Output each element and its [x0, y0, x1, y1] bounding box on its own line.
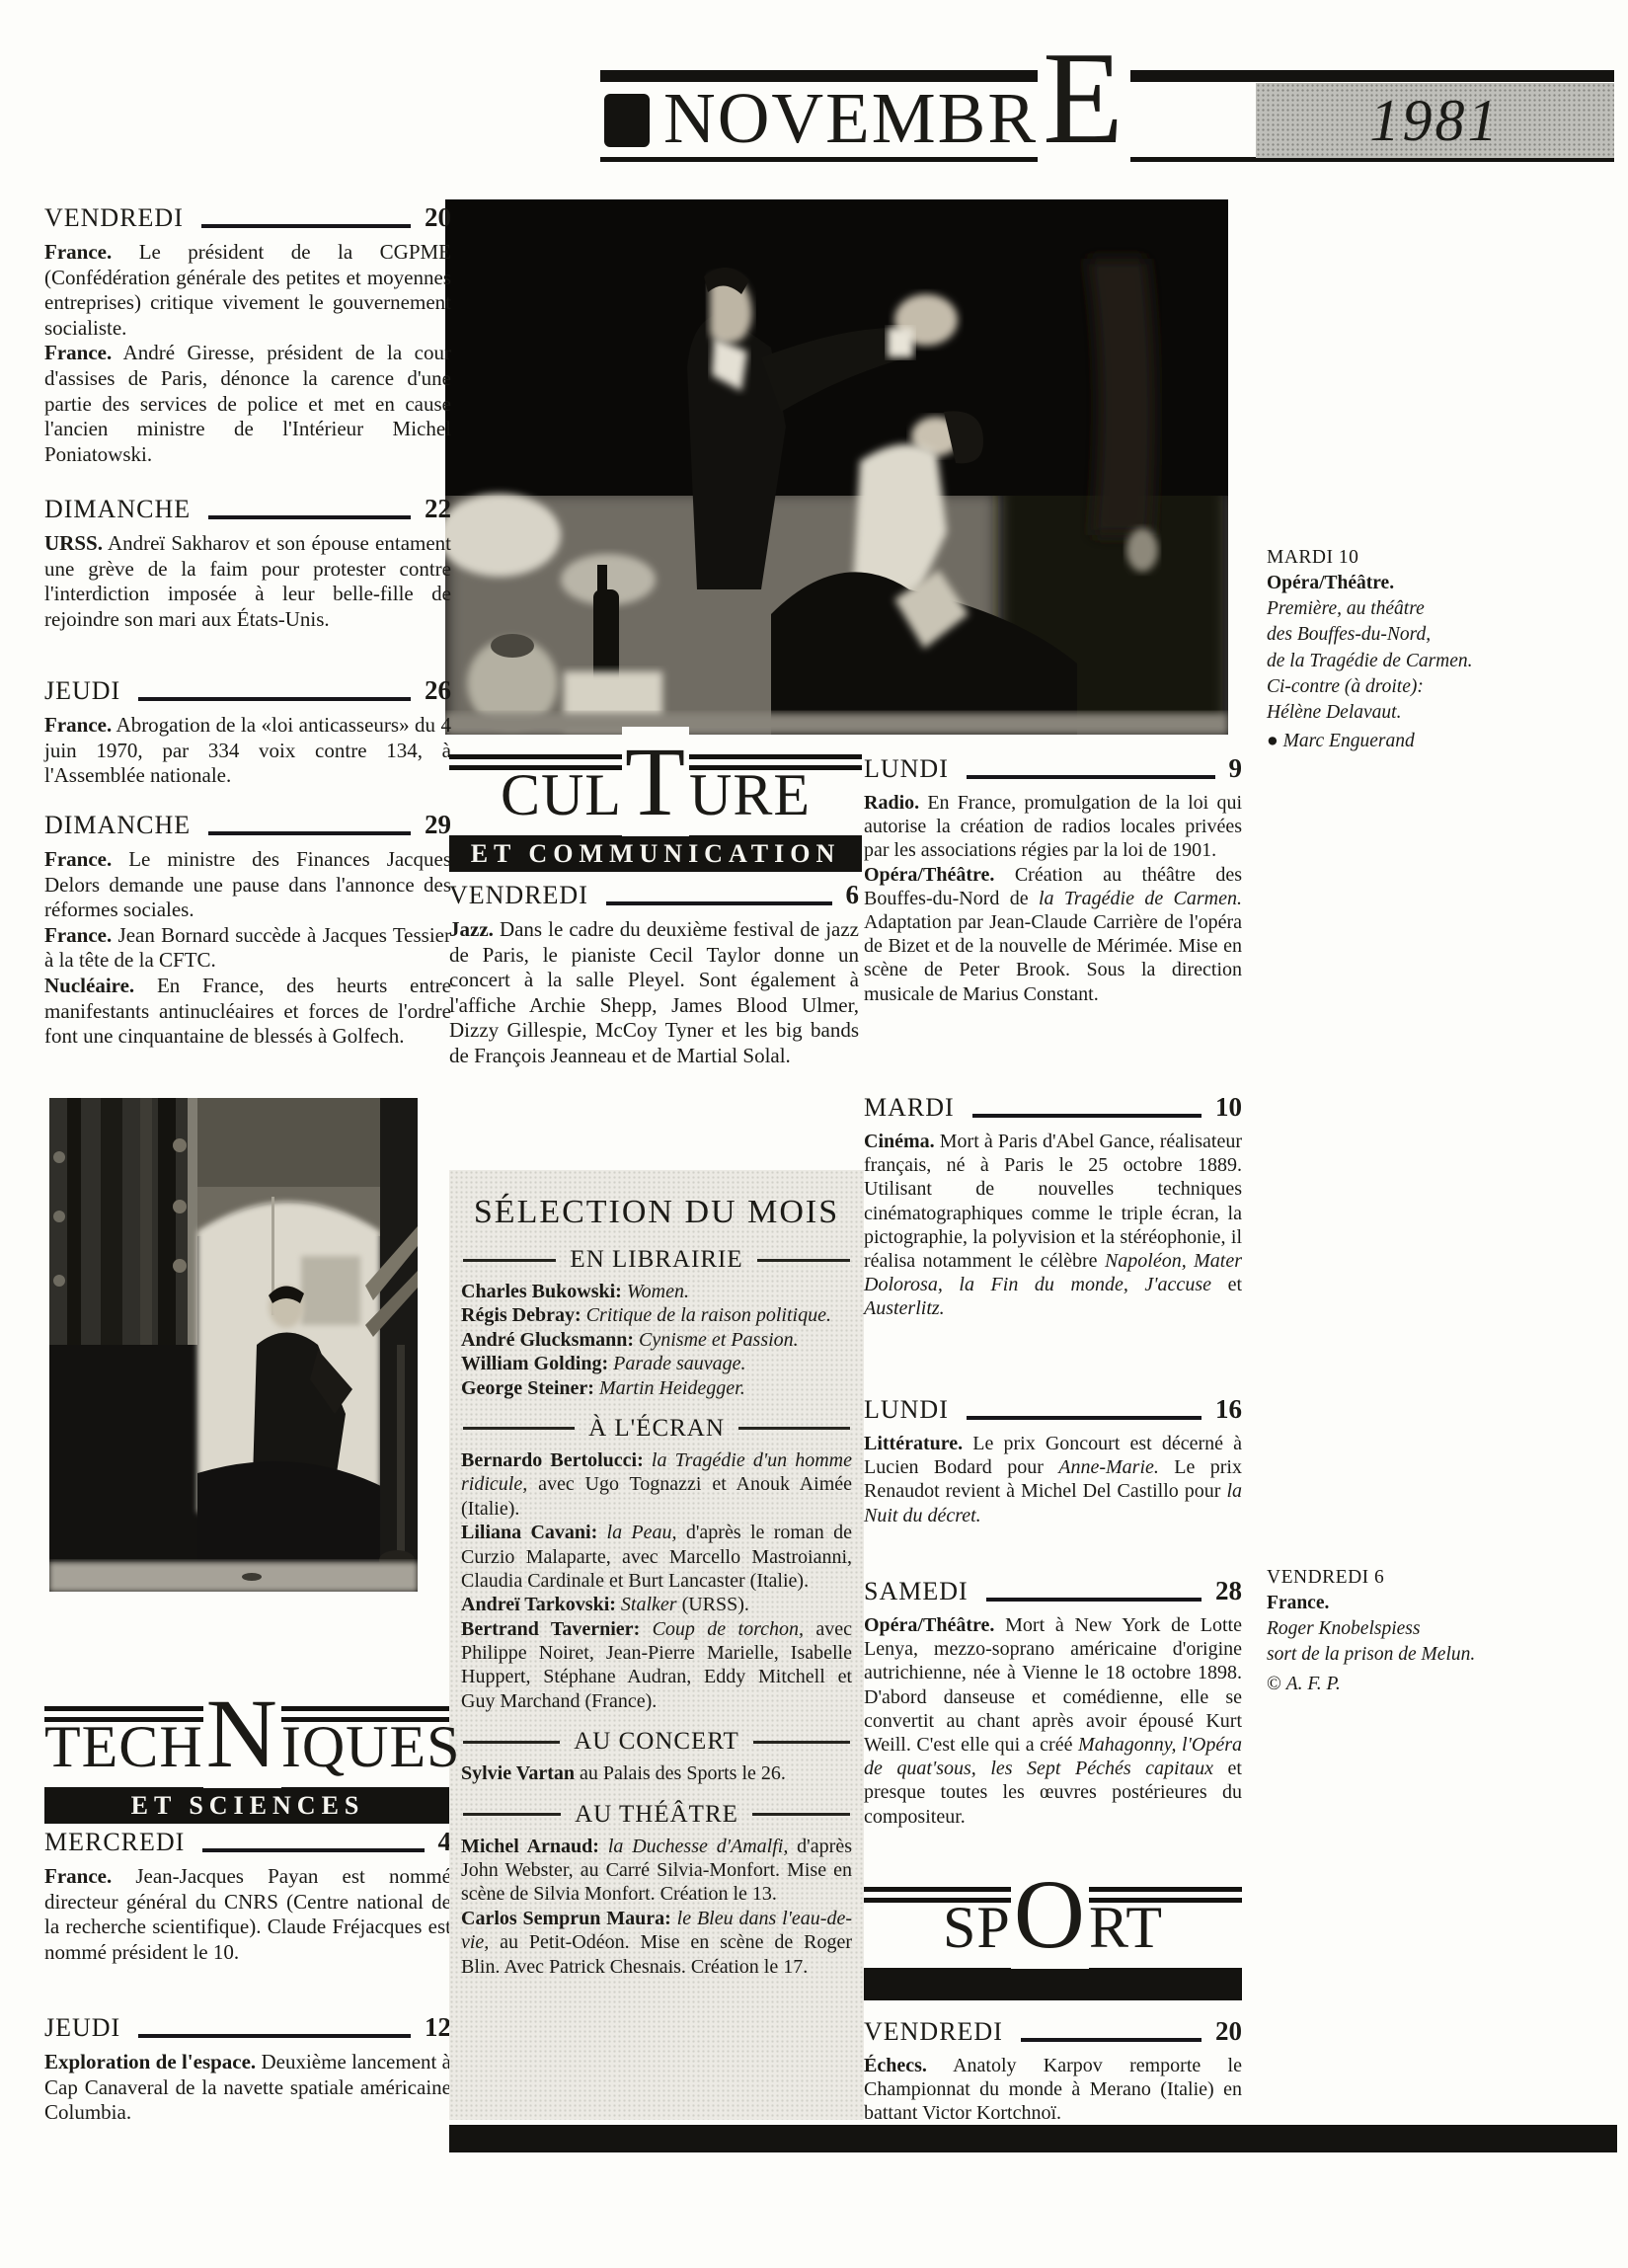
section-title: TECHNIQUES: [44, 1714, 451, 1779]
day-number: 12: [425, 2012, 451, 2043]
selection-items: Sylvie Vartan au Palais des Sports le 26…: [461, 1761, 852, 1785]
selection-subhead-librairie: EN LIBRAIRIE: [463, 1246, 850, 1274]
section-title: SPORT: [864, 1895, 1242, 1960]
day-name: JEUDI: [44, 676, 120, 706]
paragraph: Jazz. Dans le cadre du deuxième festival…: [449, 917, 859, 1069]
entry-heading: VENDREDI 6: [449, 880, 859, 910]
day-number: 28: [1215, 1576, 1242, 1606]
entry-heading: JEUDI 12: [44, 2012, 451, 2043]
paragraph: Bernardo Bertolucci: la Tragédie d'un ho…: [461, 1448, 852, 1521]
paragraph: France. Le président de la CGPME (Conféd…: [44, 240, 451, 341]
subhead-rule: [463, 1813, 561, 1816]
entry-heading: JEUDI 26: [44, 675, 451, 706]
event-jeudi-12: JEUDI 12 Exploration de l'espace. Deuxiè…: [44, 2012, 451, 2126]
event-vendredi-20: VENDREDI 20 France. Le président de la C…: [44, 202, 451, 467]
entry-body: France. Jean-Jacques Payan est nommé dir…: [44, 1864, 451, 1965]
selection-items: Bernardo Bertolucci: la Tragédie d'un ho…: [461, 1448, 852, 1713]
entry-heading: SAMEDI 28: [864, 1576, 1242, 1606]
subhead-label: EN LIBRAIRIE: [570, 1246, 742, 1274]
heading-rule: [138, 697, 411, 701]
caption-day: MARDI 10: [1267, 545, 1612, 571]
day-name: DIMANCHE: [44, 811, 191, 840]
entry-body: Radio. En France, promulgation de la loi…: [864, 791, 1242, 1006]
heading-rule: [1021, 2038, 1202, 2042]
section-title-big-letter: N: [203, 1679, 281, 1788]
paragraph: France. Jean-Jacques Payan est nommé dir…: [44, 1864, 451, 1965]
section-title: CULTURE: [449, 762, 862, 827]
subhead-rule: [752, 1813, 850, 1816]
day-number: 6: [846, 880, 860, 910]
day-number: 16: [1215, 1394, 1242, 1425]
paragraph: Opéra/Théâtre. Création au théâtre des B…: [864, 863, 1242, 1006]
caption-line: des Bouffes-du-Nord,: [1267, 622, 1612, 648]
day-number: 26: [425, 675, 451, 706]
subhead-rule: [757, 1259, 850, 1262]
paragraph: Carlos Semprun Maura: le Bleu dans l'eau…: [461, 1907, 852, 1979]
entry-heading: DIMANCHE 22: [44, 494, 451, 524]
prison-release-illustration: [49, 1098, 418, 1592]
day-name: LUNDI: [864, 1395, 949, 1425]
section-header-techniques: TECHNIQUES ET SCIENCES: [44, 1700, 451, 1825]
selection-items: Michel Arnaud: la Duchesse d'Amalfi, d'a…: [461, 1835, 852, 1979]
day-name: DIMANCHE: [44, 495, 191, 524]
event-vendredi-6: VENDREDI 6 Jazz. Dans le cadre du deuxiè…: [449, 880, 859, 1069]
section-subtitle-bar: ET SCIENCES: [44, 1787, 451, 1824]
caption-credit: ● Marc Enguerand: [1267, 729, 1612, 754]
event-dimanche-29: DIMANCHE 29 France. Le ministre des Fina…: [44, 810, 451, 1050]
caption-carmen: MARDI 10 Opéra/Théâtre. Première, au thé…: [1267, 545, 1612, 754]
subhead-rule: [463, 1259, 556, 1262]
paragraph: Charles Bukowski: Women.: [461, 1280, 852, 1303]
heading-rule: [202, 1848, 424, 1852]
heading-rule: [606, 901, 832, 905]
caption-category: Opéra/Théâtre.: [1267, 571, 1612, 596]
paragraph: France. Le ministre des Finances Jacques…: [44, 847, 451, 923]
paragraph: Cinéma. Mort à Paris d'Abel Gance, réali…: [864, 1130, 1242, 1321]
entry-body: URSS. Andreï Sakharov et son épouse enta…: [44, 531, 451, 632]
entry-body: France. Le président de la CGPME (Conféd…: [44, 240, 451, 467]
entry-body: Opéra/Théâtre. Mort à New York de Lotte …: [864, 1613, 1242, 1829]
subhead-label: AU THÉÂTRE: [575, 1801, 738, 1829]
event-mercredi-4: MERCREDI 4 France. Jean-Jacques Payan es…: [44, 1827, 451, 1965]
day-name: SAMEDI: [864, 1577, 969, 1606]
paragraph: William Golding: Parade sauvage.: [461, 1352, 852, 1375]
selection-items: Charles Bukowski: Women.Régis Debray: Cr…: [461, 1280, 852, 1400]
day-number: 10: [1215, 1092, 1242, 1123]
subhead-label: À L'ÉCRAN: [588, 1415, 725, 1443]
heading-rule: [208, 515, 411, 519]
entry-body: Exploration de l'espace. Deuxième lancem…: [44, 2050, 451, 2126]
selection-subhead-theatre: AU THÉÂTRE: [463, 1801, 850, 1829]
subhead-label: AU CONCERT: [574, 1728, 739, 1756]
day-name: MERCREDI: [44, 1828, 185, 1857]
caption-credit: © A. F. P.: [1267, 1672, 1612, 1697]
section-title-text: RT: [1089, 1895, 1163, 1960]
subhead-rule: [753, 1741, 850, 1744]
event-vendredi-20-sport: VENDREDI 20 Échecs. Anatoly Karpov rempo…: [864, 2016, 1242, 2126]
bottom-rule-bar: [449, 2125, 1617, 2152]
paragraph: Littérature. Le prix Goncourt est décern…: [864, 1432, 1242, 1527]
selection-subhead-ecran: À L'ÉCRAN: [463, 1415, 850, 1443]
entry-heading: DIMANCHE 29: [44, 810, 451, 840]
entry-body: Littérature. Le prix Goncourt est décern…: [864, 1432, 1242, 1527]
paragraph: Nucléaire. En France, des heurts entre m…: [44, 974, 451, 1050]
subhead-rule: [738, 1427, 850, 1430]
day-number: 9: [1229, 753, 1243, 784]
entry-heading: MARDI 10: [864, 1092, 1242, 1123]
section-header-culture: CULTURE ET COMMUNICATION: [449, 748, 862, 873]
entry-body: Échecs. Anatoly Karpov remporte le Champ…: [864, 2054, 1242, 2126]
magazine-page: NOVEMBRE 1981: [0, 0, 1628, 2268]
paragraph: Opéra/Théâtre. Mort à New York de Lotte …: [864, 1613, 1242, 1829]
event-samedi-28: SAMEDI 28 Opéra/Théâtre. Mort à New York…: [864, 1576, 1242, 1829]
day-name: VENDREDI: [864, 2017, 1003, 2047]
entry-heading: VENDREDI 20: [44, 202, 451, 233]
prison-release-photo: [49, 1098, 418, 1592]
entry-body: Cinéma. Mort à Paris d'Abel Gance, réali…: [864, 1130, 1242, 1321]
selection-title: SÉLECTION DU MOIS: [461, 1194, 852, 1231]
paragraph: France. Abrogation de la «loi anticasseu…: [44, 713, 451, 789]
entry-heading: VENDREDI 20: [864, 2016, 1242, 2047]
event-dimanche-22: DIMANCHE 22 URSS. Andreï Sakharov et son…: [44, 494, 451, 632]
section-title-big-letter: T: [622, 727, 689, 836]
carmen-stage-illustration: [445, 199, 1228, 735]
subhead-rule: [463, 1741, 560, 1744]
section-subtitle-bar: [864, 1968, 1242, 2000]
paragraph: Michel Arnaud: la Duchesse d'Amalfi, d'a…: [461, 1835, 852, 1907]
paragraph: France. Jean Bornard succède à Jacques T…: [44, 923, 451, 974]
entry-heading: LUNDI 9: [864, 753, 1242, 784]
entry-heading: LUNDI 16: [864, 1394, 1242, 1425]
day-number: 29: [425, 810, 451, 840]
subhead-rule: [463, 1427, 575, 1430]
paragraph: Échecs. Anatoly Karpov remporte le Champ…: [864, 2054, 1242, 2126]
selection-du-mois-box: SÉLECTION DU MOIS EN LIBRAIRIE Charles B…: [449, 1170, 864, 2120]
month-title: NOVEMBRE: [604, 87, 1130, 150]
caption-line: Roger Knobelspiess: [1267, 1616, 1612, 1642]
month-title-big-letter: E: [1038, 25, 1130, 171]
paragraph: URSS. Andreï Sakharov et son épouse enta…: [44, 531, 451, 632]
paragraph: Régis Debray: Critique de la raison poli…: [461, 1303, 852, 1327]
entry-body: France. Le ministre des Finances Jacques…: [44, 847, 451, 1050]
paragraph: Bertrand Tavernier: Coup de torchon, ave…: [461, 1617, 852, 1714]
day-name: MARDI: [864, 1093, 955, 1123]
day-number: 20: [425, 202, 451, 233]
heading-rule: [972, 1114, 1202, 1118]
caption-lines: Première, au théâtredes Bouffes-du-Nord,…: [1267, 596, 1612, 726]
section-header-sport: SPORT: [864, 1881, 1242, 2005]
caption-day: VENDREDI 6: [1267, 1565, 1612, 1591]
caption-line: Première, au théâtre: [1267, 596, 1612, 622]
day-name: JEUDI: [44, 2013, 120, 2043]
heading-rule: [986, 1598, 1202, 1602]
paragraph: Exploration de l'espace. Deuxième lancem…: [44, 2050, 451, 2126]
caption-line: Hélène Delavaut.: [1267, 700, 1612, 726]
event-jeudi-26: JEUDI 26 France. Abrogation de la «loi a…: [44, 675, 451, 789]
entry-heading: MERCREDI 4: [44, 1827, 451, 1857]
section-subtitle-bar: ET COMMUNICATION: [449, 835, 862, 872]
day-name: VENDREDI: [44, 203, 184, 233]
event-lundi-16: LUNDI 16 Littérature. Le prix Goncourt e…: [864, 1394, 1242, 1527]
caption-category: France.: [1267, 1591, 1612, 1616]
paragraph: André Glucksmann: Cynisme et Passion.: [461, 1328, 852, 1352]
paragraph: Radio. En France, promulgation de la loi…: [864, 791, 1242, 863]
day-name: LUNDI: [864, 754, 949, 784]
heading-rule: [201, 224, 411, 228]
square-bullet-icon: [604, 94, 650, 147]
section-title-big-letter: O: [1011, 1859, 1089, 1969]
day-number: 20: [1215, 2016, 1242, 2047]
caption-line: de la Tragédie de Carmen.: [1267, 649, 1612, 674]
event-lundi-9: LUNDI 9 Radio. En France, promulgation d…: [864, 753, 1242, 1006]
heading-rule: [208, 831, 411, 835]
day-name: VENDREDI: [449, 881, 588, 910]
section-title-text: IQUES: [281, 1714, 461, 1779]
carmen-stage-photo: [445, 199, 1228, 735]
paragraph: France. André Giresse, président de la c…: [44, 341, 451, 467]
paragraph: Liliana Cavani: la Peau, d'après le roma…: [461, 1521, 852, 1593]
section-title-text: SP: [943, 1895, 1011, 1960]
month-title-text: NOVEMBR: [663, 78, 1038, 158]
paragraph: George Steiner: Martin Heidegger.: [461, 1376, 852, 1400]
section-title-text: TECH: [44, 1714, 203, 1779]
heading-rule: [967, 775, 1215, 779]
heading-rule: [967, 1416, 1202, 1420]
paragraph: Andreï Tarkovski: Stalker (URSS).: [461, 1593, 852, 1616]
paragraph: Sylvie Vartan au Palais des Sports le 26…: [461, 1761, 852, 1785]
caption-lines: Roger Knobelspiesssort de la prison de M…: [1267, 1616, 1612, 1668]
section-title-text: URE: [689, 762, 811, 827]
selection-subhead-concert: AU CONCERT: [463, 1728, 850, 1756]
section-title-text: CUL: [501, 762, 622, 827]
event-mardi-10: MARDI 10 Cinéma. Mort à Paris d'Abel Gan…: [864, 1092, 1242, 1321]
entry-body: France. Abrogation de la «loi anticasseu…: [44, 713, 451, 789]
caption-knobelspiess: VENDREDI 6 France. Roger Knobelspiesssor…: [1267, 1565, 1612, 1697]
year-text: 1981: [1370, 87, 1501, 155]
heading-rule: [138, 2034, 411, 2038]
caption-line: Ci-contre (à droite):: [1267, 674, 1612, 700]
caption-line: sort de la prison de Melun.: [1267, 1642, 1612, 1668]
entry-body: Jazz. Dans le cadre du deuxième festival…: [449, 917, 859, 1069]
day-number: 22: [425, 494, 451, 524]
year-badge: 1981: [1256, 83, 1614, 158]
